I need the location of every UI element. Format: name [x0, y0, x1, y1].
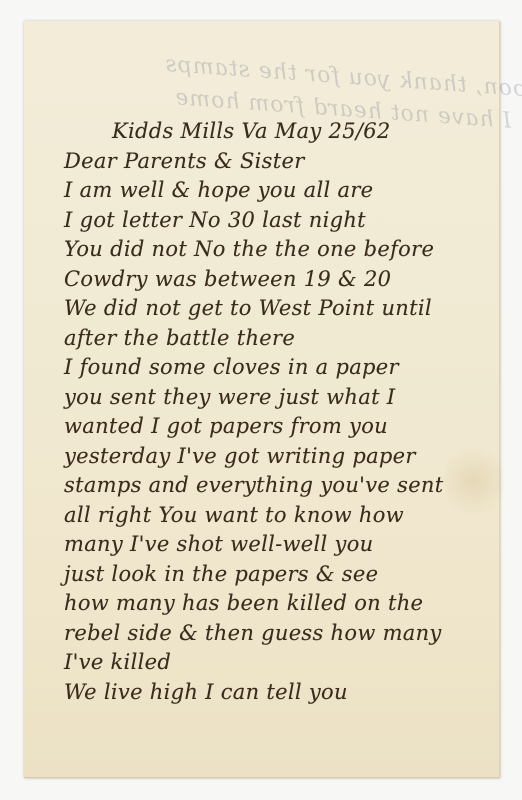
- letter-heading: Kidds Mills Va May 25/62: [64, 117, 489, 147]
- letter-line: We did not get to West Point until: [64, 294, 489, 324]
- letter-salutation: Dear Parents & Sister: [64, 147, 489, 177]
- letter-line: wanted I got papers from you: [64, 412, 489, 442]
- letter-line: I've killed: [64, 648, 489, 678]
- letter-line: you sent they were just what I: [64, 383, 489, 413]
- letter-line: You did not No the the one before: [64, 235, 489, 265]
- letter-line: yesterday I've got writing paper: [64, 442, 489, 472]
- letter-line: We live high I can tell you: [64, 678, 489, 708]
- letter-line: many I've shot well-well you: [64, 530, 489, 560]
- letter-line: stamps and everything you've sent: [64, 471, 489, 501]
- letter-line: I am well & hope you all are: [64, 176, 489, 206]
- letter-page: Write me soon, thank you for the stamps …: [24, 21, 500, 778]
- letter-text: Kidds Mills Va May 25/62 Dear Parents & …: [64, 117, 489, 707]
- letter-line: after the battle there: [64, 324, 489, 354]
- letter-line: Cowdry was between 19 & 20: [64, 265, 489, 295]
- letter-line: how many has been killed on the: [64, 589, 489, 619]
- letter-line: just look in the papers & see: [64, 560, 489, 590]
- letter-line: all right You want to know how: [64, 501, 489, 531]
- letter-line: rebel side & then guess how many: [64, 619, 489, 649]
- letter-line: I got letter No 30 last night: [64, 206, 489, 236]
- letter-line: I found some cloves in a paper: [64, 353, 489, 383]
